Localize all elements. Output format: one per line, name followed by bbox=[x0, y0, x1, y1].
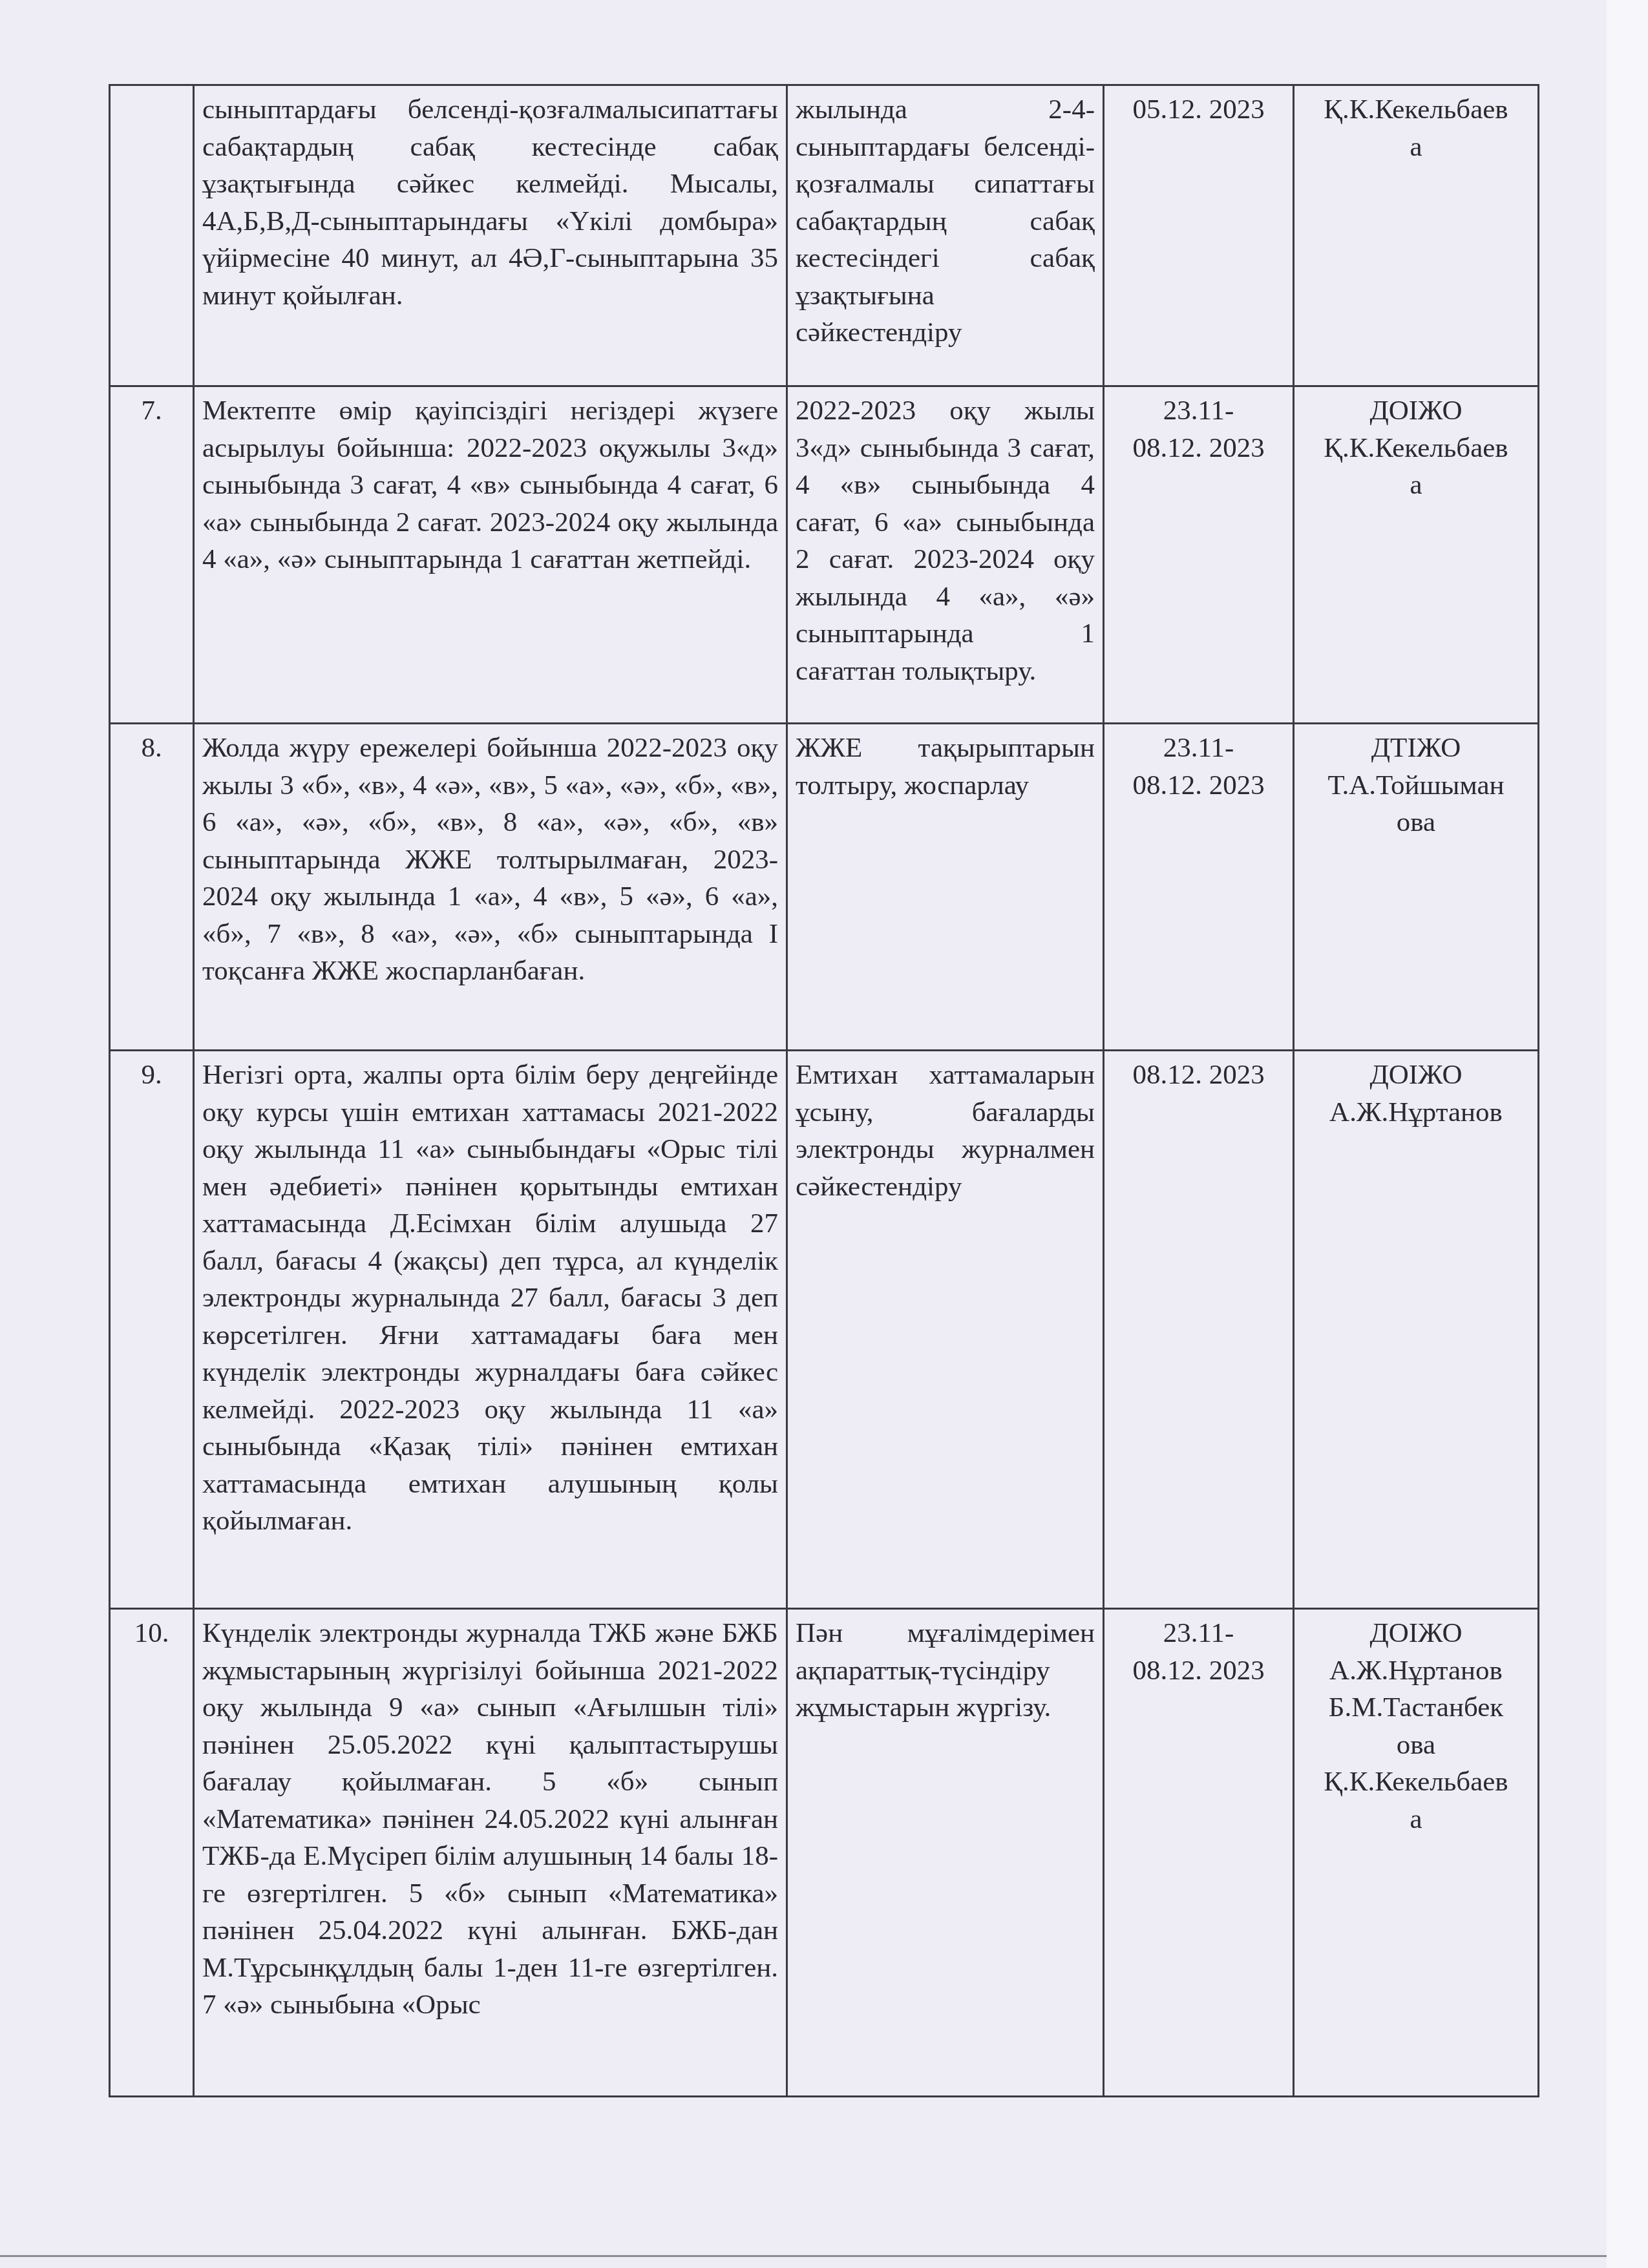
scan-page-bottom-edge bbox=[0, 2255, 1607, 2257]
responsible-line: ДОІЖО bbox=[1302, 392, 1530, 430]
row-number: 10. bbox=[110, 1609, 194, 2097]
responsible-line: Қ.К.Кекельбаев bbox=[1302, 91, 1530, 129]
deadline-line: 08.12. 2023 bbox=[1112, 1056, 1285, 1094]
deadline-line: 08.12. 2023 bbox=[1112, 767, 1285, 804]
deadline-line: 23.11- bbox=[1112, 392, 1285, 430]
row-number: 9. bbox=[110, 1051, 194, 1609]
row-number bbox=[110, 85, 194, 386]
deadline-cell: 08.12. 2023 bbox=[1104, 1051, 1294, 1609]
responsible-line: ДТІЖО bbox=[1302, 730, 1530, 767]
deadline-line: 23.11- bbox=[1112, 1615, 1285, 1652]
table-row: 10. Күнделік электронды журналда ТЖБ жән… bbox=[110, 1609, 1539, 2097]
responsible-line: Қ.К.Кекельбаев bbox=[1302, 1763, 1530, 1801]
responsible-line: А.Ж.Нұртанов bbox=[1302, 1094, 1530, 1131]
responsible-cell: ДОІЖОА.Ж.Нұртанов bbox=[1294, 1051, 1539, 1609]
responsible-line: а bbox=[1302, 129, 1530, 166]
finding-cell: сыныптардағы белсенді-қозғалмалысипаттағ… bbox=[194, 85, 787, 386]
responsible-line: ова bbox=[1302, 804, 1530, 841]
finding-cell: Негізгі орта, жалпы орта білім беру деңг… bbox=[194, 1051, 787, 1609]
action-cell: ЖЖЕ тақырыптарын толтыру, жоспарлау bbox=[787, 724, 1104, 1051]
deadline-cell: 23.11-08.12. 2023 bbox=[1104, 386, 1294, 724]
finding-cell: Жолда жүру ережелері бойынша 2022-2023 о… bbox=[194, 724, 787, 1051]
deadline-cell: 23.11-08.12. 2023 bbox=[1104, 724, 1294, 1051]
responsible-line: Т.А.Тойшыман bbox=[1302, 767, 1530, 804]
responsible-line: ДОІЖО bbox=[1302, 1056, 1530, 1094]
responsible-cell: Қ.К.Кекельбаева bbox=[1294, 85, 1539, 386]
table-row: 8. Жолда жүру ережелері бойынша 2022-202… bbox=[110, 724, 1539, 1051]
row-number: 7. bbox=[110, 386, 194, 724]
responsible-cell: ДТІЖОТ.А.Тойшыманова bbox=[1294, 724, 1539, 1051]
action-cell: жылында 2-4-сыныптардағы белсенді-қозғал… bbox=[787, 85, 1104, 386]
responsible-line: ДОІЖО bbox=[1302, 1615, 1530, 1652]
responsible-line: А.Ж.Нұртанов bbox=[1302, 1652, 1530, 1690]
action-cell: Пән мұғалімдерімен ақпараттық-түсіндіру … bbox=[787, 1609, 1104, 2097]
row-number: 8. bbox=[110, 724, 194, 1051]
action-cell: 2022-2023 оқу жылы 3«д» сыныбында 3 саға… bbox=[787, 386, 1104, 724]
responsible-line: а bbox=[1302, 1801, 1530, 1838]
finding-cell: Мектепте өмір қауіпсіздігі негіздері жүз… bbox=[194, 386, 787, 724]
action-cell: Емтихан хаттамаларын ұсыну, бағаларды эл… bbox=[787, 1051, 1104, 1609]
table-row: 9. Негізгі орта, жалпы орта білім беру д… bbox=[110, 1051, 1539, 1609]
responsible-line: ова bbox=[1302, 1727, 1530, 1764]
deadline-line: 05.12. 2023 bbox=[1112, 91, 1285, 129]
deadline-line: 08.12. 2023 bbox=[1112, 430, 1285, 467]
responsible-cell: ДОІЖОА.Ж.НұртановБ.М.ТастанбековаҚ.К.Кек… bbox=[1294, 1609, 1539, 2097]
deadline-cell: 05.12. 2023 bbox=[1104, 85, 1294, 386]
findings-table: сыныптардағы белсенді-қозғалмалысипаттағ… bbox=[109, 84, 1539, 2097]
deadline-line: 23.11- bbox=[1112, 730, 1285, 767]
scan-page-edge bbox=[1607, 0, 1648, 2268]
responsible-line: Б.М.Тастанбек bbox=[1302, 1689, 1530, 1727]
finding-cell: Күнделік электронды журналда ТЖБ және БЖ… bbox=[194, 1609, 787, 2097]
responsible-line: а bbox=[1302, 467, 1530, 504]
table-row: сыныптардағы белсенді-қозғалмалысипаттағ… bbox=[110, 85, 1539, 386]
responsible-line: Қ.К.Кекельбаев bbox=[1302, 430, 1530, 467]
deadline-line: 08.12. 2023 bbox=[1112, 1652, 1285, 1690]
deadline-cell: 23.11-08.12. 2023 bbox=[1104, 1609, 1294, 2097]
table-row: 7. Мектепте өмір қауіпсіздігі негіздері … bbox=[110, 386, 1539, 724]
responsible-cell: ДОІЖОҚ.К.Кекельбаева bbox=[1294, 386, 1539, 724]
